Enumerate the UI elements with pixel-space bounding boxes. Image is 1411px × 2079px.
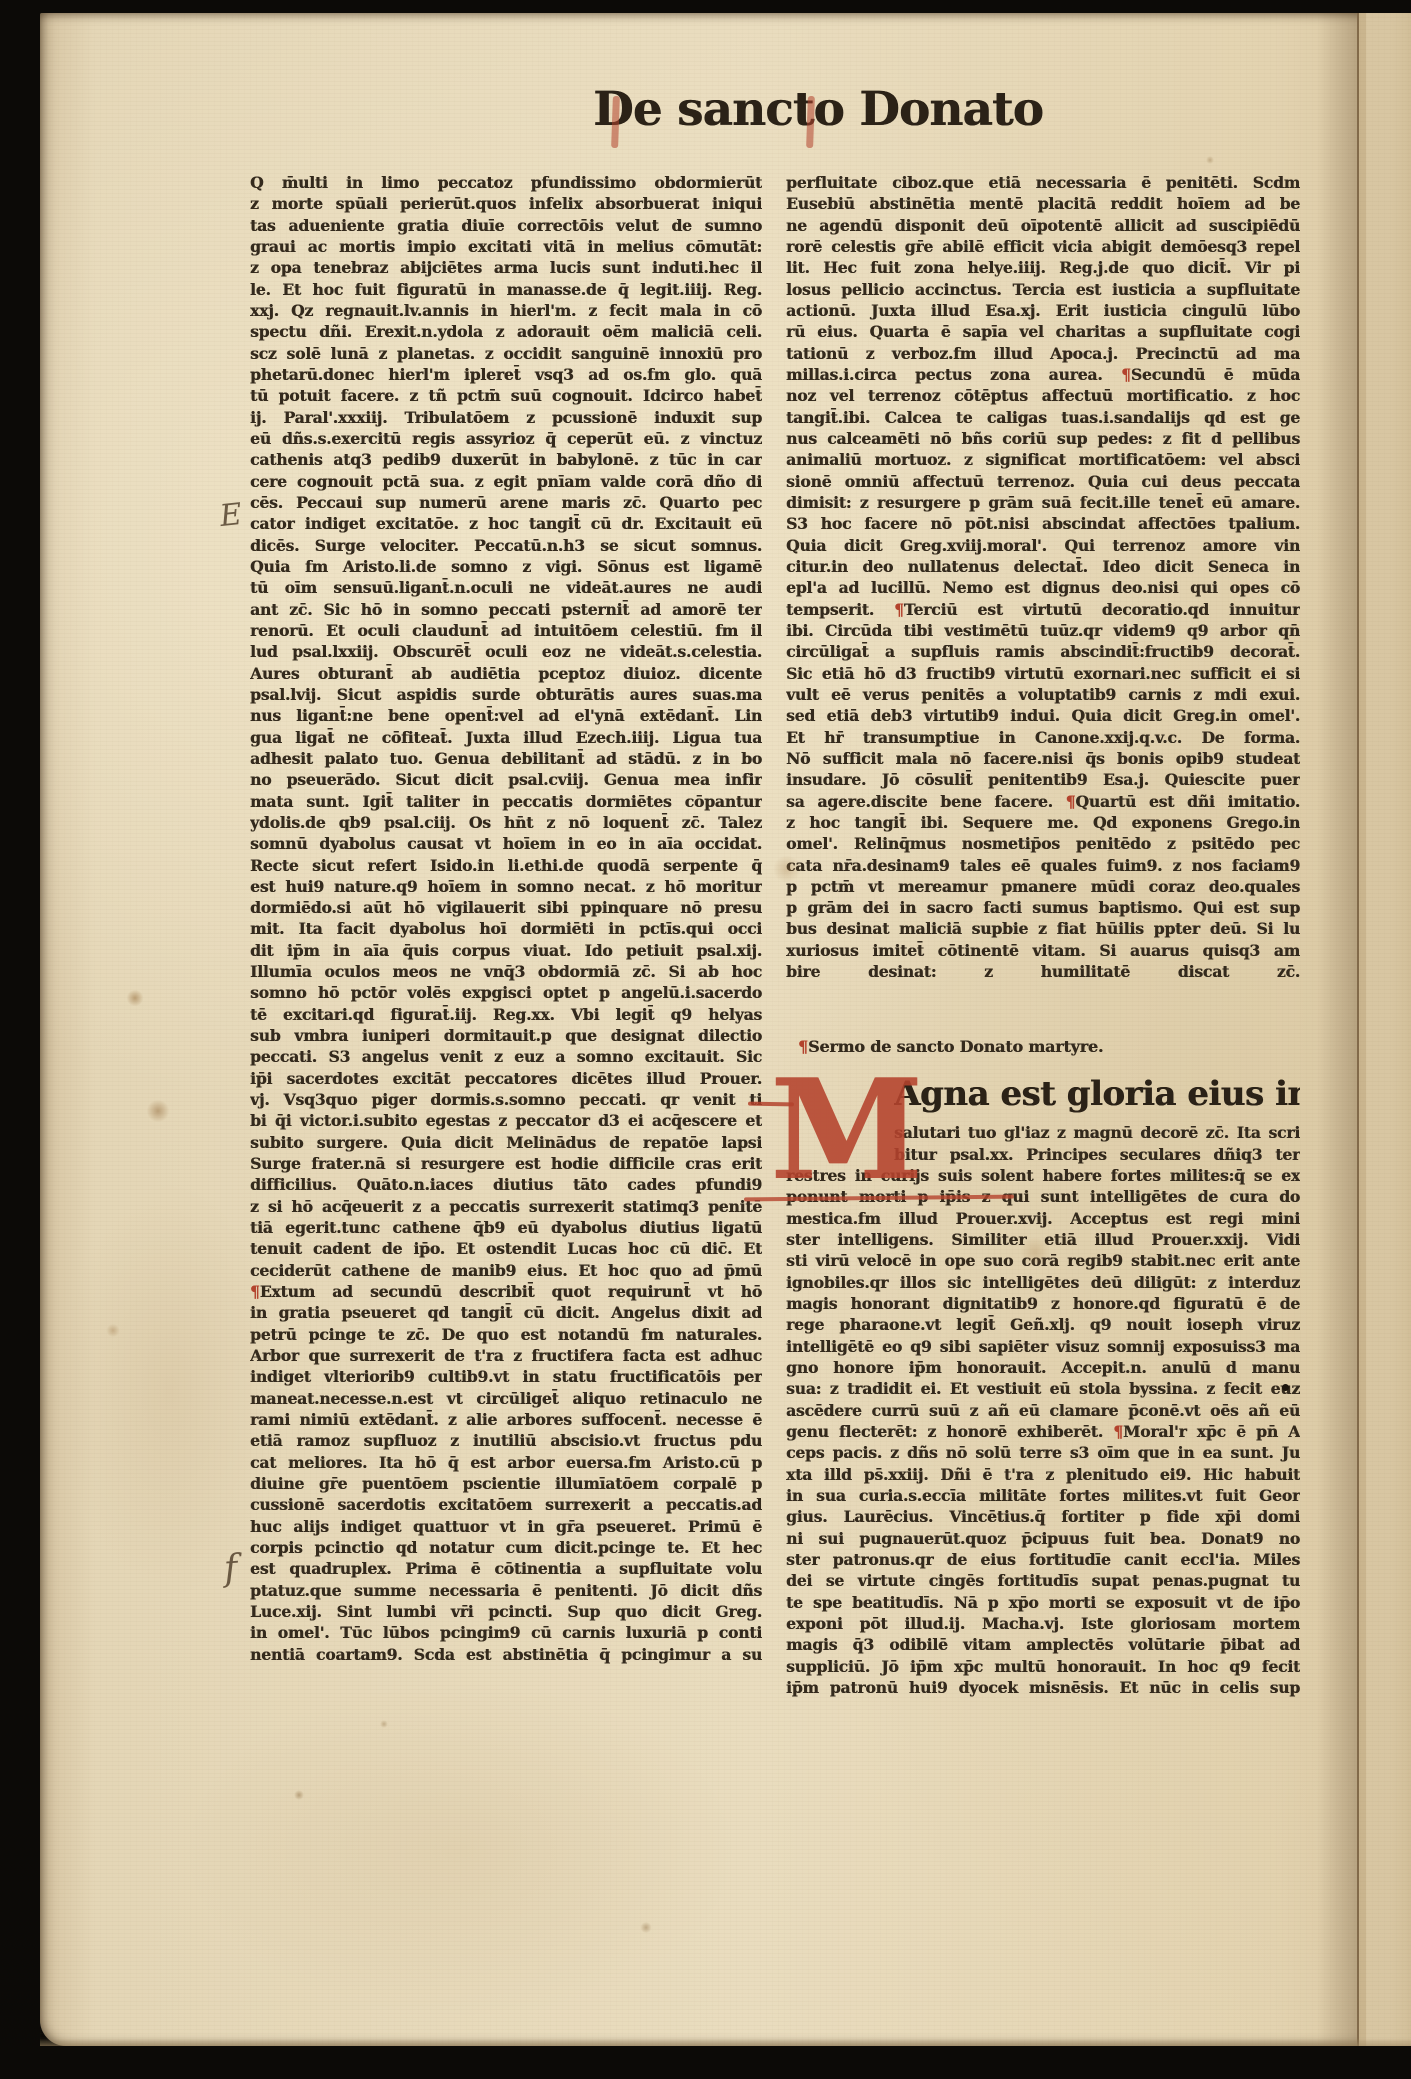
text-line: sed etiā deb3 virtutib9 indui. Quia dici… <box>786 705 1300 726</box>
text-line: cata nr̄a.desinam9 tales eē quales fuim9… <box>786 855 1300 876</box>
text-line: xta illd ps̄.xxiij. Dñi ē t'ra z plenitu… <box>786 1464 1300 1485</box>
text-line: somno hō pctōr volēs expgisci optet p an… <box>250 982 762 1003</box>
text-line: Nō sufficit mala nō facere.nisi q̄s boni… <box>786 748 1300 769</box>
text-line: Sic etiā hō d3 fructib9 virtutū exornari… <box>786 663 1300 684</box>
text-line: le. Et hoc fuit figuratū in manasse.de q… <box>250 279 762 300</box>
text-line: nus calceamēti nō bñs coriū sup pedes: z… <box>786 428 1300 449</box>
text-line: somnū dyabolus causat vt hoīem in eo in … <box>250 833 762 854</box>
text-line: circūligat̄ a supfluis ramis abscindit̄:… <box>786 641 1300 662</box>
text-line: z opa tenebraz abijciētes arma lucis sun… <box>250 257 762 278</box>
text-line: p pctm̄ vt mereamur pmanere mūdi coraz d… <box>786 876 1300 897</box>
text-line: Q m̄ulti in limo peccatoz pfundissimo ob… <box>250 172 762 193</box>
text-line: salutari tuo gl'iaz z magnū decorē zc̄. … <box>894 1122 1300 1143</box>
text-line: noz vel terrenoz cōtēptus affectuū morti… <box>786 385 1300 406</box>
text-line: ascēdere currū suū z añ eū clamare p̄con… <box>786 1400 1300 1421</box>
text-line: Recte sicut refert Isido.in li.ethi.de q… <box>250 855 762 876</box>
text-line: citur.in deo nullatenus delectat̄. Ideo … <box>786 556 1300 577</box>
text-line: peccati. S3 angelus venit z euz a somno … <box>250 1046 762 1067</box>
lombard-initial-m: M <box>770 1064 892 1204</box>
text-column-left: Q m̄ulti in limo peccatoz pfundissimo ob… <box>250 172 762 1665</box>
text-line: corpis pcinctio qd notatur cum dicit.pci… <box>250 1537 762 1558</box>
text-line: cat meliores. Ita hō q̄ est arbor euersa… <box>250 1452 762 1473</box>
text-line: tangit̄.ibi. Calcea te caligas tuas.i.sa… <box>786 407 1300 428</box>
right-column-lines: perfluitate ciboz.que etiā necessaria ē … <box>786 172 1300 982</box>
text-line: dit ip̄m in aīa q̄uis corpus viuat. Ido … <box>250 940 762 961</box>
text-line: nus ligant̄:ne bene opent̄:vel ad el'ynā… <box>250 705 762 726</box>
text-line: nentiā coartam9. Scda est abstinētia q̄ … <box>250 1644 762 1665</box>
text-line: cathenis atq3 pedib9 duxerūt in babylonē… <box>250 449 762 470</box>
text-line: cēs. Peccaui sup numerū arene maris zc̄.… <box>250 492 762 513</box>
text-line: gua ligat̄ ne cōfiteat̄. Juxta illud Eze… <box>250 727 762 748</box>
text-line: ster intelligens. Similiter etiā illud P… <box>786 1229 1300 1250</box>
left-column-lines: Q m̄ulti in limo peccatoz pfundissimo ob… <box>250 172 762 1665</box>
text-line: adhesit palato tuo. Genua debilitant̄ ad… <box>250 748 762 769</box>
text-line: gius. Laurēcius. Vincētius.q̄ fortiter p… <box>786 1506 1300 1527</box>
text-line: bitur psal.xx. Principes seculares dñiq3… <box>894 1144 1300 1165</box>
text-line: spectu dñi. Erexit.n.ydola z adorauit oē… <box>250 321 762 342</box>
text-line: Arbor que surrexerit de t'ra z fructifer… <box>250 1345 762 1366</box>
text-line: etiā ramoz supfluoz z inutiliū abscisio.… <box>250 1430 762 1451</box>
text-line: ster patronus.qr de eius fortitudīe cani… <box>786 1549 1300 1570</box>
text-line: in gratia pseueret qd tangit̄ cū dicit. … <box>250 1302 762 1323</box>
text-line: bi q̄i victor.i.subito egestas z peccato… <box>250 1110 762 1131</box>
text-line: cere cognouit pctā sua. z egit pnīam val… <box>250 471 762 492</box>
text-line: S3 hoc facere nō pōt.nisi abscindat affe… <box>786 513 1300 534</box>
ink-spot <box>1282 1384 1289 1391</box>
text-line: tationū z verboz.fm illud Apoca.j. Preci… <box>786 343 1300 364</box>
text-line: ydolis.de qb9 psal.ciij. Os hn̄t z nō lo… <box>250 812 762 833</box>
text-line: ptatuz.que summe necessaria ē penitenti.… <box>250 1580 762 1601</box>
text-line: rorē celestis gr̄e abilē efficit vicia a… <box>786 236 1300 257</box>
incipit-large-text: Agna est gloria eius in <box>894 1070 1300 1122</box>
scanned-book-page: { "document": { "running_title": "De san… <box>0 0 1411 2079</box>
text-line: perfluitate ciboz.que etiā necessaria ē … <box>786 172 1300 193</box>
text-line: xuriosus imitet̄ cōtinentē vitam. Si aua… <box>786 940 1300 961</box>
text-line: dicēs. Surge velociter. Peccatū.n.h3 se … <box>250 535 762 556</box>
text-line: bus desinat maliciā supbie z fiat hūilis… <box>786 918 1300 939</box>
text-line: ne agendū disponit deū oīpotentē allicit… <box>786 215 1300 236</box>
text-line: bire desinat: z humilitatē discat zc̄. <box>786 961 1300 982</box>
text-line: p grām dei in sacro facti sumus baptismo… <box>786 897 1300 918</box>
text-line: sti virū velocē in ope suo corā regib9 s… <box>786 1250 1300 1271</box>
text-line: intelligētē eo q9 sibi sapiēter visuz so… <box>786 1336 1300 1357</box>
text-line: xxj. Qz regnauit.lv.annis in hierl'm. z … <box>250 300 762 321</box>
page-crease-shadow <box>1317 13 1357 2046</box>
text-line: in omel'. Tūc lūbos pcingim9 cū carnis l… <box>250 1622 762 1643</box>
text-line: dei se virtute cingēs fortitudīs supat p… <box>786 1570 1300 1591</box>
text-line: phetarū.donec hierl'm ipleret̄ vsq3 ad o… <box>250 364 762 385</box>
text-line: ¶Extum ad secundū describit̄ quot requir… <box>250 1281 762 1302</box>
text-line: cussionē sacerdotis excitatōem surrexeri… <box>250 1494 762 1515</box>
margin-annotation-upper: E <box>218 497 243 534</box>
text-line: sa agere.discite bene facere. ¶Quartū es… <box>786 791 1300 812</box>
text-line: vult eē verus penitēs a voluptatib9 carn… <box>786 684 1300 705</box>
text-line: ceciderūt cathene de manib9 eius. Et hoc… <box>250 1260 762 1281</box>
text-line: diuine gr̄e puentōem pscientie illumīatō… <box>250 1473 762 1494</box>
text-line: tas adueniente gratia diuīe correctōis v… <box>250 215 762 236</box>
text-line: Luce.xij. Sint lumbi vr̄i pcincti. Sup q… <box>250 1601 762 1622</box>
text-line: ant zc̄. Sic hō in somno peccati psterni… <box>250 599 762 620</box>
text-line: maneat.necesse.n.est vt circūliget̄ aliq… <box>250 1388 762 1409</box>
text-line: dormiēdo.si aūt hō vigilauerit sibi ppin… <box>250 897 762 918</box>
text-line: subito surgere. Quia dicit Melinādus de … <box>250 1132 762 1153</box>
text-line: in sua curia.s.eccīa militāte fortes mil… <box>786 1485 1300 1506</box>
book-fore-edge <box>1357 13 1411 2046</box>
text-line: mit. Ita facit dyabolus hoī dormiēti in … <box>250 918 762 939</box>
text-line: ip̄i sacerdotes excitāt peccatores dicēt… <box>250 1068 762 1089</box>
text-line: ceps pacis. z dñs nō solū terre s3 oīm q… <box>786 1442 1300 1463</box>
sermon-incipit-block: M Agna est gloria eius in salutari tuo g… <box>786 1070 1300 1698</box>
text-line: ibi. Circūda tibi vestimētū tuūz.qr vide… <box>786 620 1300 641</box>
text-line: z morte spūali perierūt.quos infelix abs… <box>250 193 762 214</box>
text-line: Quia dicit Greg.xviij.moral'. Qui terren… <box>786 535 1300 556</box>
text-line: ij. Paral'.xxxiij. Tribulatōem z pcussio… <box>250 407 762 428</box>
text-line: est quadruplex. Prima ē cōtinentia a sup… <box>250 1558 762 1579</box>
text-line: Eusebiū abstinētia mentē placitā reddit … <box>786 193 1300 214</box>
text-line: eū dñs.s.exercitū regis assyrioz q̄ cepe… <box>250 428 762 449</box>
text-line: genu flecterēt: z honorē exhiberēt. ¶Mor… <box>786 1421 1300 1442</box>
text-line: Quia fm Aristo.li.de somno z vigi. Sōnus… <box>250 556 762 577</box>
text-line: tū potuit facere. z tñ pctm̄ suū cognoui… <box>250 385 762 406</box>
text-line: ignobiles.qr illos sic intelligētes deū … <box>786 1272 1300 1293</box>
incipit-full-lines: restres in curijs suis solent habere for… <box>786 1165 1300 1698</box>
text-line: petrū pcinge te zc̄. De quo est notandū … <box>250 1324 762 1345</box>
text-line: exponi pōt illud.ij. Macha.vj. Iste glor… <box>786 1613 1300 1634</box>
text-line: Et hr̄ transumptiue in Canone.xxij.q.v.c… <box>786 727 1300 748</box>
text-line: difficilius. Quāto.n.iaces diutius tāto … <box>250 1174 762 1195</box>
text-line: suppliciū. Jō ip̄m xp̄c multū honorauit.… <box>786 1656 1300 1677</box>
text-line: dimisit: z resurgere p grām suā fecit.il… <box>786 492 1300 513</box>
text-line: sub vmbra iuniperi dormitauit.p que desi… <box>250 1025 762 1046</box>
text-line: sua: z tradidit ei. Et vestiuit eū stola… <box>786 1378 1300 1399</box>
text-line: losus pellicio accinctus. Tercia est ius… <box>786 279 1300 300</box>
text-line: vj. Vsq3quo piger dormis.s.somno peccati… <box>250 1089 762 1110</box>
text-line: cator indiget excitatōe. z hoc tangit̄ c… <box>250 513 762 534</box>
text-line: psal.lvij. Sicut aspidis surde obturātis… <box>250 684 762 705</box>
text-line: Illumīa oculos meos ne vnq̄3 obdormiā zc… <box>250 961 762 982</box>
text-line: ip̄m patronū hui9 dyocek misnēsis. Et nū… <box>786 1677 1300 1698</box>
text-line: Aures obturant̄ ab audiētia pceptoz diui… <box>250 663 762 684</box>
text-line: rege pharaone.vt legit̄ Geñ.xlj. q9 noui… <box>786 1314 1300 1335</box>
text-line: lud psal.lxxiij. Obscurēt̄ oculi eoz ne … <box>250 641 762 662</box>
text-line: tū oīm sensuū.ligant̄.n.oculi ne videāt.… <box>250 577 762 598</box>
text-line: indiget vlteriorib9 cultib9.vt in statu … <box>250 1366 762 1387</box>
text-line: rū eius. Quarta ē sapīa vel charitas a s… <box>786 321 1300 342</box>
text-line: ni sui pugnauerūt.quoz p̄cipuus fuit bea… <box>786 1528 1300 1549</box>
text-line: scz solē lunā z planetas. z occidit sang… <box>250 343 762 364</box>
text-line: epl'a ad lucillū. Nemo est dignus deo.ni… <box>786 577 1300 598</box>
text-line: est hui9 nature.q9 hoīem in somno necat.… <box>250 876 762 897</box>
text-line: actionū. Juxta illud Esa.xj. Erit iustic… <box>786 300 1300 321</box>
text-line: lit. Hec fuit zona helye.iiij. Reg.j.de … <box>786 257 1300 278</box>
margin-annotation-lower: f <box>223 1548 239 1590</box>
text-line: graui ac mortis impio excitati vitā in m… <box>250 236 762 257</box>
text-line: tenuit cadent de ip̄o. Et ostendit Lucas… <box>250 1238 762 1259</box>
text-line: tempserit. ¶Terciū est virtutū decoratio… <box>786 599 1300 620</box>
text-line: magis honorant dignitatib9 z honore.qd f… <box>786 1293 1300 1314</box>
text-line: no pseuerādo. Sicut dicit psal.cviij. Ge… <box>250 769 762 790</box>
text-line: tiā egerit.tunc cathene q̄b9 eū dyabolus… <box>250 1217 762 1238</box>
text-line: gno honore ip̄m honorauit. Accepit.n. an… <box>786 1357 1300 1378</box>
page-bottom-edge <box>40 2038 1411 2046</box>
text-line: omel'. Relinq̄mus nosmetip̄os penitēdo z… <box>786 833 1300 854</box>
text-line: insudare. Jō cōsulit̄ penitentib9 Esa.j.… <box>786 769 1300 790</box>
text-line: magis q̄3 odibilē vitam amplectēs volūta… <box>786 1634 1300 1655</box>
text-column-right: perfluitate ciboz.que etiā necessaria ē … <box>786 172 1300 1698</box>
text-line: tē excitari.qd figurat̄.iij. Reg.xx. Vbi… <box>250 1004 762 1025</box>
text-line: z hoc tangit̄ ibi. Sequere me. Qd expone… <box>786 812 1300 833</box>
text-line: te spe beatitudīs. Nā p xp̄o morti se ex… <box>786 1592 1300 1613</box>
text-line: huc alijs indiget quattuor vt in gr̄a ps… <box>250 1516 762 1537</box>
text-line: mata sunt. Igit̄ taliter in peccatis dor… <box>250 791 762 812</box>
text-line: Surge frater.nā si resurgere est hodie d… <box>250 1153 762 1174</box>
text-line: renorū. Et oculi claudunt̄ ad intuitōem … <box>250 620 762 641</box>
text-line: sionē omniū affectuū terrenoz. Quia cui … <box>786 471 1300 492</box>
text-line: millas.i.circa pectus zona aurea. ¶Secun… <box>786 364 1300 385</box>
text-line: animaliū mortuoz. z significat mortifica… <box>786 449 1300 470</box>
text-line: z si hō acq̄euerit z a peccatis surrexer… <box>250 1196 762 1217</box>
text-line: rami nimiū extēdant̄. z alie arbores suf… <box>250 1409 762 1430</box>
